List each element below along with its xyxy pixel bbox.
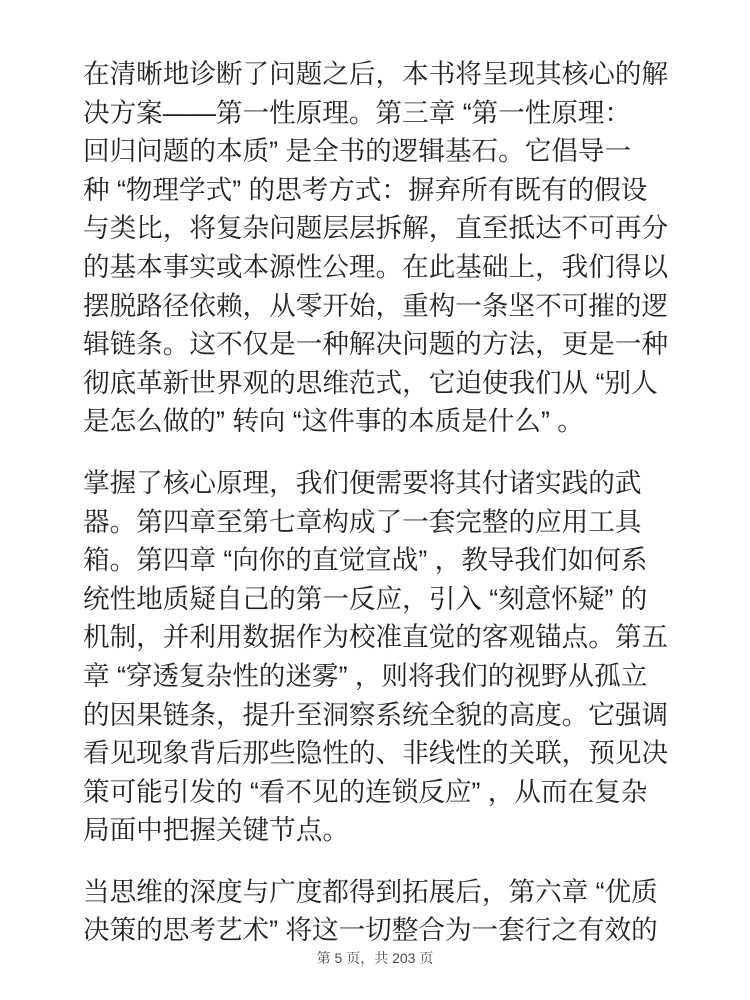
- text-line: 决策的思考艺术” 将这一切整合为一套行之有效的: [83, 911, 683, 950]
- text-line: 策可能引发的 “看不见的连锁反应” ，从而在复杂: [83, 773, 683, 812]
- text-line: 种 “物理学式” 的思考方式：摒弃所有既有的假设: [83, 171, 683, 210]
- text-line: 当思维的深度与广度都得到拓展后，第六章 “优质: [83, 873, 683, 912]
- document-page: 在清晰地诊断了问题之后，本书将呈现其核心的解 决方案——第一性原理。第三章 “第…: [0, 0, 750, 1000]
- text-line: 的因果链条，提升至洞察系统全貌的高度。它强调: [83, 696, 683, 735]
- text-line: 决方案——第一性原理。第三章 “第一性原理：: [83, 94, 683, 133]
- text-line: 辑链条。这不仅是一种解决问题的方法，更是一种: [83, 325, 683, 364]
- text-line: 机制，并利用数据作为校准直觉的客观锚点。第五: [83, 618, 683, 657]
- text-line: 统性地质疑自己的第一反应，引入 “刻意怀疑” 的: [83, 580, 683, 619]
- text-line: 摆脱路径依赖，从零开始，重构一条坚不可摧的逻: [83, 287, 683, 326]
- paragraph-2: 掌握了核心原理，我们便需要将其付诸实践的武 器。第四章至第七章构成了一套完整的应…: [83, 464, 683, 850]
- paragraph-1: 在清晰地诊断了问题之后，本书将呈现其核心的解 决方案——第一性原理。第三章 “第…: [83, 55, 683, 441]
- text-line: 章 “穿透复杂性的迷雾” ，则将我们的视野从孤立: [83, 657, 683, 696]
- text-line: 是怎么做的” 转向 “这件事的本质是什么” 。: [83, 402, 683, 441]
- text-line: 看见现象背后那些隐性的、非线性的关联，预见决: [83, 734, 683, 773]
- text-line: 与类比，将复杂问题层层拆解，直至抵达不可再分: [83, 209, 683, 248]
- text-line: 彻底革新世界观的思维范式，它迫使我们从 “别人: [83, 364, 683, 403]
- page-number-indicator: 第 5 页，共 203 页: [0, 948, 750, 968]
- paragraph-3: 当思维的深度与广度都得到拓展后，第六章 “优质 决策的思考艺术” 将这一切整合为…: [83, 873, 683, 950]
- text-line: 回归问题的本质” 是全书的逻辑基石。它倡导一: [83, 132, 683, 171]
- text-line: 局面中把握关键节点。: [83, 811, 683, 850]
- text-line: 的基本事实或本源性公理。在此基础上，我们得以: [83, 248, 683, 287]
- text-line: 掌握了核心原理，我们便需要将其付诸实践的武: [83, 464, 683, 503]
- page-content: 在清晰地诊断了问题之后，本书将呈现其核心的解 决方案——第一性原理。第三章 “第…: [83, 55, 683, 973]
- text-line: 在清晰地诊断了问题之后，本书将呈现其核心的解: [83, 55, 683, 94]
- text-line: 箱。第四章 “向你的直觉宣战” ，教导我们如何系: [83, 541, 683, 580]
- text-line: 器。第四章至第七章构成了一套完整的应用工具: [83, 503, 683, 542]
